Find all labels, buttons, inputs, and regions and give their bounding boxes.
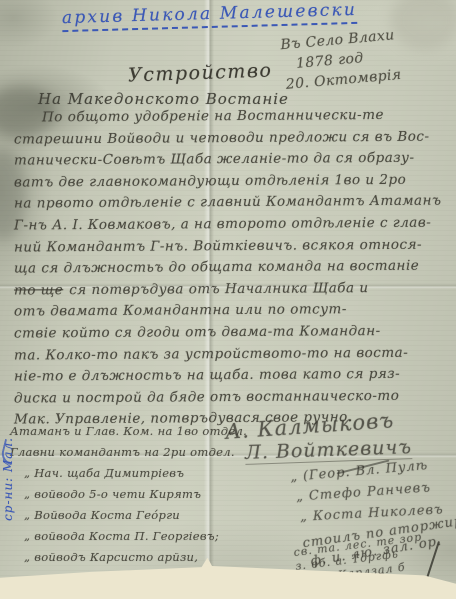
body-line: ствіе който ся дгоди отъ двама-та Команд…: [14, 322, 454, 347]
signature-role: „ войводо 5-о чети Кирятъ: [10, 487, 201, 501]
body-line: ща ся длъжностьъ до общата команда на во…: [14, 258, 454, 283]
signature-role: „ войвода Коста П. Георгіевъ;: [10, 529, 219, 543]
struck-out-word: то ще: [14, 282, 63, 298]
scanned-document-photo: архив Никола Малешевски Въ Село Влахи 18…: [0, 0, 456, 599]
body-line: ніе-то е длъжностьъ на щаба. това като с…: [14, 366, 454, 391]
body-line: Г-нъ А. І. Ковмаковъ, а на второто отдѣл…: [14, 214, 454, 239]
archive-inscription: архив Никола Малешевски: [62, 0, 358, 32]
paper-crease-shadow: [390, 0, 456, 50]
document-subtitle: На Македонското Востаніе: [38, 90, 289, 108]
body-line: ся потвръдува отъ Началника Щаба и: [69, 280, 368, 298]
signature-row: Главни командантъ на 2ри отдел. Л. Войтк…: [10, 441, 456, 462]
paper-sheet: архив Никола Малешевски Въ Село Влахи 18…: [0, 0, 456, 592]
signature-row: „ Войвода Коста Геόрги „ Коста Николевъ: [10, 504, 456, 525]
signature-row: „ войводо 5-о чети Кирятъ „ Стефо Ранчев…: [10, 483, 456, 504]
signature-role: „ Войвода Коста Геόрги: [10, 508, 180, 522]
signature-role: Главни командантъ на 2ри отдел.: [10, 445, 235, 459]
signature-role: Атаманъ и Глав. Ком. на 1во отдел.: [10, 424, 247, 438]
body-line: на првото отдѣленіе с главний Командантъ…: [14, 193, 454, 218]
document-title: Устройство: [128, 59, 273, 86]
handwritten-signature: „ Стефо Ранчевъ: [296, 480, 432, 504]
signature-role: „ войводъ Карсисто арйзи,: [10, 550, 198, 564]
body-text: По общото удобреніе на Востаннически-те …: [14, 108, 454, 432]
signature-role: „ Нач. щаба Димитріевъ: [10, 466, 184, 480]
place-date-block: Въ Село Влахи 1878 год 20. Октомврія: [280, 25, 403, 95]
body-line: отъ двамата Командантна или по отсут-: [14, 301, 454, 326]
signature-row: „ Нач. щаба Димитріевъ „ (Геор. Вл. Пулѣ: [10, 462, 456, 483]
body-line: По общото удобреніе на Востаннически-те: [14, 106, 454, 131]
body-line: танически-Совѣтъ Щаба желаніе-то да ся о…: [14, 150, 454, 175]
